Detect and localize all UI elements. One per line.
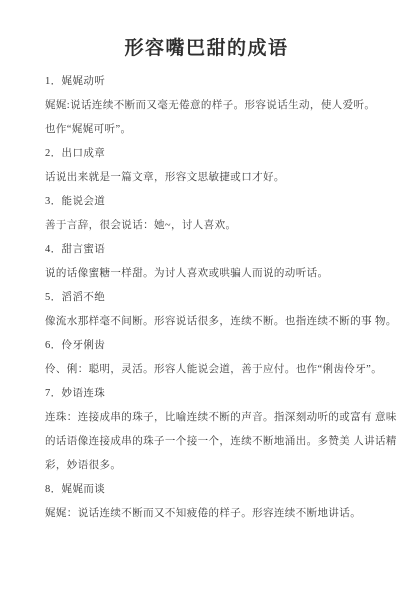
entry-1-definition-line-1: 娓娓:说话连续不断而又毫无倦意的样子。形容说话生动，使人爱听。 [45,94,395,118]
document-page: 形容嘴巴甜的成语 1．娓娓动听 娓娓:说话连续不断而又毫无倦意的样子。形容说话生… [0,0,413,600]
entry-6-heading: 6．伶牙俐齿 [45,334,395,358]
entry-2-definition-line-1: 话说出来就是一篇文章，形容文思敏捷或口才好。 [45,166,395,190]
entry-7-definition-line-2: 的话语像连接成串的珠子一个接一个，连续不断地涌出。多赞美 人讲话精 [45,430,395,454]
entry-7-heading: 7．妙语连珠 [45,382,395,406]
entry-4-definition-line-1: 说的话像蜜糖一样甜。为讨人喜欢或哄骗人而说的动听话。 [45,262,395,286]
entry-1-definition-line-2: 也作“娓娓可听”。 [45,118,395,142]
entry-1-heading: 1．娓娓动听 [45,70,395,94]
entry-3-definition-line-1: 善于言辞，很会说话：她~，讨人喜欢。 [45,214,395,238]
entry-2-heading: 2．出口成章 [45,142,395,166]
entry-7-definition-line-3: 彩，妙语很多。 [45,454,395,478]
entry-5-definition-line-1: 像流水那样毫不间断。形容说话很多，连续不断。也指连续不断的事 物。 [45,310,395,334]
entry-4-heading: 4．甜言蜜语 [45,238,395,262]
entry-8-definition-line-1: 娓娓：说话连续不断而又不知疲倦的样子。形容连续不断地讲话。 [45,502,395,526]
entry-5-heading: 5．滔滔不绝 [45,286,395,310]
page-title: 形容嘴巴甜的成语 [45,36,368,62]
entry-6-definition-line-1: 伶、俐：聪明，灵活。形容人能说会道，善于应付。也作“俐齿伶牙”。 [45,358,395,382]
entry-8-heading: 8．娓娓而谈 [45,478,395,502]
entry-7-definition-line-1: 连珠：连接成串的珠子，比喻连续不断的声音。指深刻动听的或富有 意味 [45,406,395,430]
entry-3-heading: 3．能说会道 [45,190,395,214]
